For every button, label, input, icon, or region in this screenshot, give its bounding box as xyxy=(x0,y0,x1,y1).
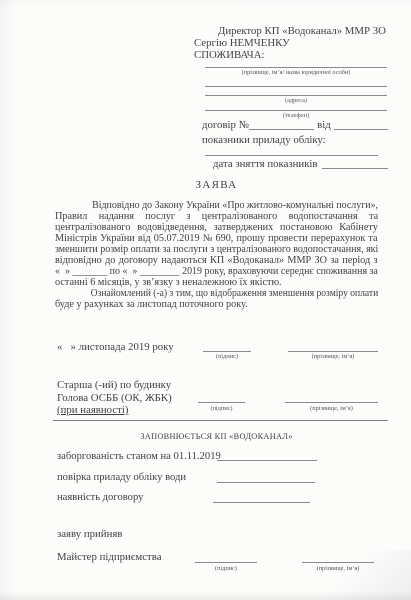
office-section-title: ЗАПОВНЮЄТЬСЯ КП «ВОДОКАНАЛ» xyxy=(55,432,378,441)
blank-line-contract-date xyxy=(334,118,388,130)
body-line: Правил надання послуг з централізованого… xyxy=(55,211,378,222)
scan-shading-top xyxy=(0,0,411,6)
blank-line-address xyxy=(205,95,387,96)
contract-from-label: від xyxy=(317,119,331,131)
body-text: Відповідно до Закону України «Про житлов… xyxy=(55,200,378,310)
caption-signature: (підпис) xyxy=(173,405,270,412)
blank-line-contract-presence xyxy=(213,502,310,503)
blank-line-applicant-signature xyxy=(203,351,251,352)
body-line: останні 6 місяців, у зв’язку з неналежно… xyxy=(55,277,378,288)
blank-line-extra xyxy=(205,86,387,87)
scan-shading-left xyxy=(0,0,14,600)
caption-fullname: (прізвище, ім’я) xyxy=(283,405,380,412)
blank-line-applicant-fullname xyxy=(288,351,378,352)
body-line: « » _______ по « » ________ 2019 року, в… xyxy=(55,266,378,277)
blank-line-debt-status xyxy=(217,460,317,461)
enterprise-master-label: Майстер підприємства xyxy=(57,551,162,563)
scanned-application-form: Директор КП «Водоканал» ММР ЗО Сергію НЕ… xyxy=(0,0,411,600)
body-line: Ознайомлений (-а) з тим, що відображення… xyxy=(55,288,378,299)
recipient-line: СПОЖИВАЧА: xyxy=(194,49,394,61)
reading-date-row: дата зняття показників xyxy=(213,157,388,170)
elder-line-if-present: (при наявності) xyxy=(57,404,172,417)
body-line: буде у рахунках за листопад поточного ро… xyxy=(55,299,378,310)
contract-number-row: договір № від xyxy=(202,118,388,131)
blank-line-meter-readings xyxy=(205,155,378,156)
blank-line-elder-fullname xyxy=(285,402,378,403)
caption-signature: (підпис) xyxy=(177,565,275,572)
body-line: Міністрів України від 05.07.2019 № 690, … xyxy=(55,233,378,244)
recipient-line: Сергію НЕМЧЕНКУ xyxy=(194,37,394,49)
caption-applicant-name: (прізвище, ім’я/ назва юридичної особи) xyxy=(205,69,387,76)
blank-line-elder-signature xyxy=(198,402,245,403)
body-line: централізованого водовідведення, затверд… xyxy=(55,222,378,233)
caption-address: (адреса) xyxy=(205,97,387,104)
caption-signature: (підпис) xyxy=(178,353,276,360)
blank-line-master-signature xyxy=(195,562,257,563)
application-date: « » листопада 2019 року xyxy=(57,341,174,353)
recipient-block: Директор КП «Водоканал» ММР ЗО Сергію НЕ… xyxy=(194,25,394,61)
debt-status-label: заборгованість станом на 01.11.2019 xyxy=(57,451,221,462)
elder-line: Старша (-ий) по будинку xyxy=(57,379,172,392)
body-line: відповідно до договору надаються КП «Вод… xyxy=(55,255,378,266)
body-line: зменшити розмір оплати за послуги з цент… xyxy=(55,244,378,255)
meter-readings-label: показники приладу обліку: xyxy=(202,134,326,146)
reading-date-label: дата зняття показників xyxy=(213,158,318,170)
section-divider xyxy=(53,420,388,421)
contract-label: договір № xyxy=(202,119,249,131)
house-elder-block: Старша (-ий) по будинку Голова ОСББ (ОК,… xyxy=(57,379,172,417)
meter-verification-label: повірка приладу обліку води xyxy=(57,472,186,483)
application-received-label: заяву прийняв xyxy=(57,528,122,540)
blank-line-phone xyxy=(205,110,387,111)
contract-presence-label: наявність договору xyxy=(57,492,143,503)
elder-line: Голова ОСББ (ОК, ЖБК) xyxy=(57,392,172,405)
recipient-line: Директор КП «Водоканал» ММР ЗО xyxy=(194,25,394,37)
scan-shading-corner xyxy=(311,550,411,600)
body-line: Відповідно до Закону України «Про житлов… xyxy=(55,200,378,211)
blank-line-applicant-name xyxy=(205,67,387,68)
blank-line-contract-number xyxy=(249,118,314,130)
caption-fullname: (прізвище, ім’я) xyxy=(284,353,382,360)
blank-line-reading-date xyxy=(322,157,388,169)
blank-line-meter-verification xyxy=(217,482,315,483)
document-title: ЗАЯВА xyxy=(55,179,378,191)
